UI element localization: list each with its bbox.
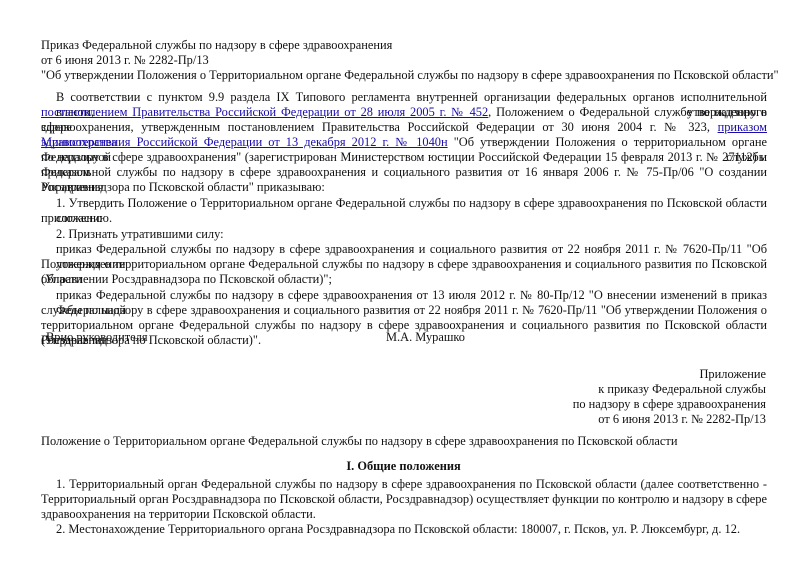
appendix-line: к приказу Федеральной службы: [598, 382, 766, 397]
clause-1: 1. Территориальный орган Федеральной слу…: [56, 477, 767, 492]
appendix-line: от 6 июня 2013 г. № 2282-Пр/13: [598, 412, 766, 427]
preamble-line: Росздравнадзора по Псковской области" пр…: [41, 180, 325, 195]
clause-1-cont: Территориальный орган Росздравнадзора по…: [41, 492, 767, 507]
appendix-line: по надзору в сфере здравоохранения: [573, 397, 766, 412]
item-1-cont: приложению.: [41, 211, 112, 226]
item-2: 2. Признать утратившими силу:: [56, 227, 224, 242]
link-ministry-order-1040n-cont[interactable]: здравоохранения Российской Федерации от …: [41, 135, 448, 149]
item-1: 1. Утвердить Положение о Территориальном…: [56, 196, 767, 226]
revoked-order-1-cont: (Управлении Росздравнадзора по Псковской…: [41, 272, 332, 287]
regulation-title: Положение о Территориальном органе Федер…: [41, 434, 677, 449]
signatory-position: Врио руководителя: [46, 330, 148, 345]
clause-2: 2. Местонахождение Территориального орга…: [56, 522, 740, 537]
signatory-name: М.А. Мурашко: [386, 330, 465, 345]
clause-1-cont: здравоохранения на территории Псковской …: [41, 507, 316, 522]
order-issuer: Приказ Федеральной службы по надзору в с…: [41, 38, 392, 53]
appendix-label: Приложение: [699, 367, 766, 382]
link-government-decree-452[interactable]: постановлением Правительства Российской …: [41, 105, 488, 119]
order-title: "Об утверждении Положения о Территориаль…: [41, 68, 779, 83]
order-date-number: от 6 июня 2013 г. № 2282-Пр/13: [41, 53, 209, 68]
revoked-order-2-cont: службы по надзору в сфере здравоохранени…: [41, 303, 767, 318]
section-heading: I. Общие положения: [0, 459, 807, 474]
